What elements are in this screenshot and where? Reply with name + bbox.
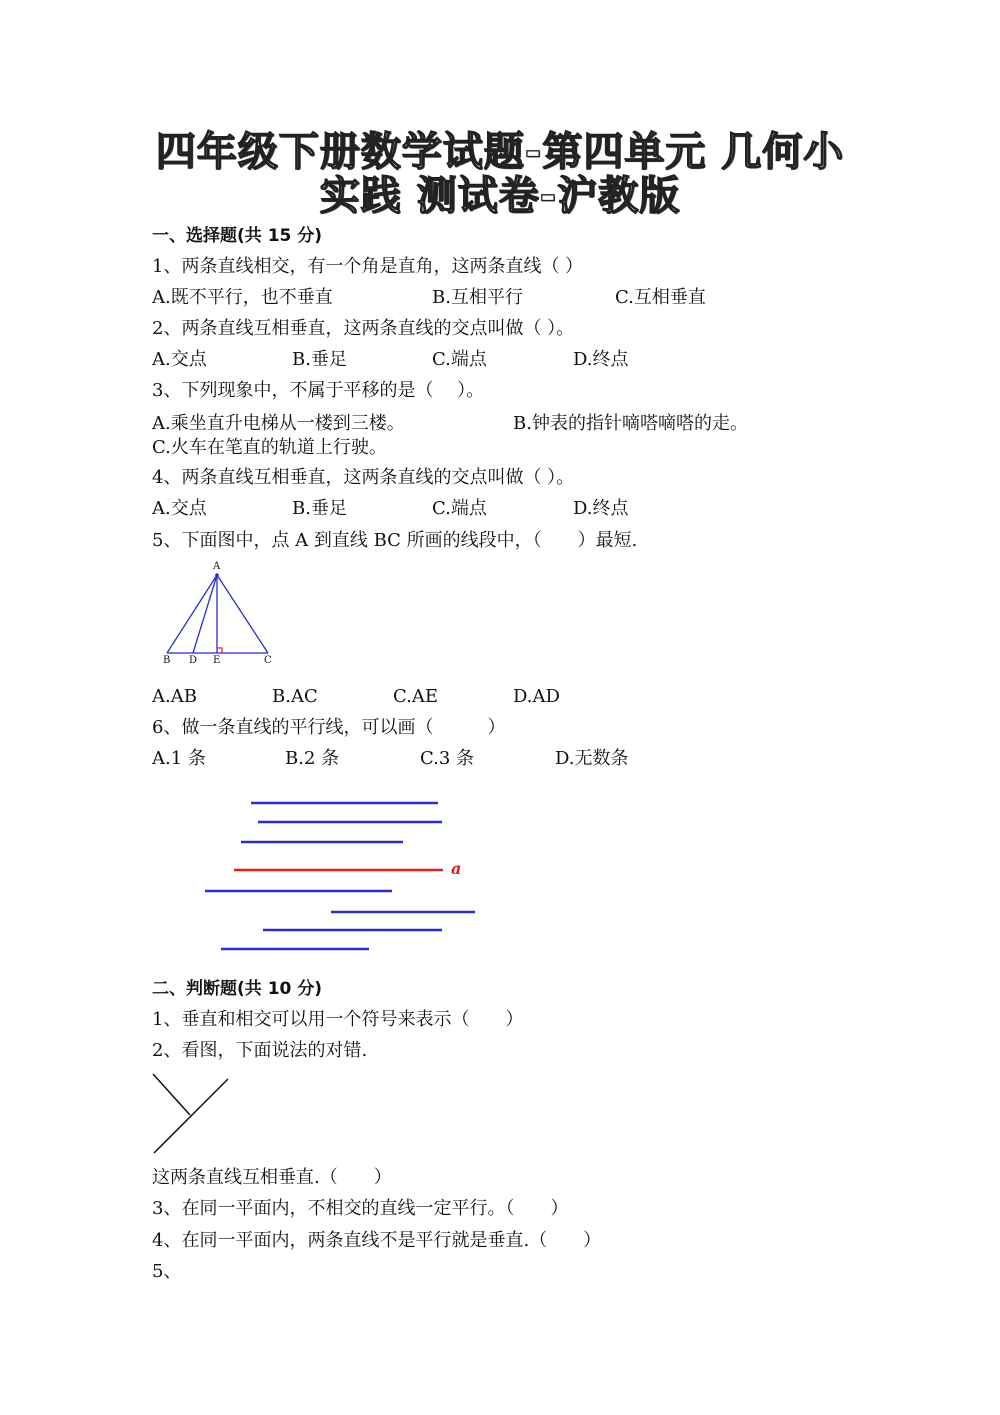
judgement-1: 1、垂直和相交可以用一个符号来表示（ ） <box>152 1009 523 1031</box>
page-title-line-2: 实践 测试卷-沪教版 <box>0 170 1000 222</box>
q5-option-a: A.AB <box>152 686 197 708</box>
judgement-2-statement: 这两条直线互相垂直.（ ） <box>152 1167 392 1189</box>
q4-option-c: C.端点 <box>432 498 487 520</box>
question-1: 1、两条直线相交，有一个角是直角，这两条直线（ ） <box>152 256 583 278</box>
section-heading-judgement: 二、判断题(共 10 分) <box>152 978 322 1000</box>
question-5: 5、下面图中，点 A 到直线 BC 所画的线段中，（ ）最短. <box>152 530 637 552</box>
q4-option-b: B.垂足 <box>292 498 347 520</box>
q3-option-c: C.火车在笔直的轨道上行驶。 <box>152 437 387 459</box>
q1-option-c: C.互相垂直 <box>615 287 706 309</box>
q2-option-b: B.垂足 <box>292 349 347 371</box>
q3-option-a: A.乘坐直升电梯从一楼到三楼。 <box>152 413 405 435</box>
parallel-line-label-a: a <box>451 858 461 880</box>
triangle-label-c: C <box>264 655 272 667</box>
triangle-label-e: E <box>213 655 220 667</box>
q2-option-a: A.交点 <box>152 349 207 371</box>
judgement-2: 2、看图，下面说法的对错. <box>152 1040 367 1062</box>
question-2: 2、两条直线互相垂直，这两条直线的交点叫做（ ）。 <box>152 318 574 340</box>
judgement-4: 4、在同一平面内，两条直线不是平行就是垂直.（ ） <box>152 1230 601 1252</box>
judgement-3: 3、在同一平面内，不相交的直线一定平行。（ ） <box>152 1198 568 1220</box>
question-3: 3、下列现象中，不属于平移的是（ ）。 <box>152 380 484 402</box>
q1-option-b: B.互相平行 <box>432 287 523 309</box>
q6-option-c: C.3 条 <box>420 748 474 770</box>
triangle-label-a: A <box>213 561 220 573</box>
q1-option-a: A.既不平行，也不垂直 <box>152 287 333 309</box>
q5-option-d: D.AD <box>513 686 560 708</box>
triangle-label-b: B <box>163 655 170 667</box>
q5-option-c: C.AE <box>393 686 438 708</box>
q6-option-a: A.1 条 <box>152 748 206 770</box>
q3-option-b: B.钟表的指针嘀嗒嘀嗒的走。 <box>513 413 748 435</box>
question-4: 4、两条直线互相垂直，这两条直线的交点叫做（ ）。 <box>152 467 574 489</box>
q6-option-d: D.无数条 <box>555 748 629 770</box>
q4-option-a: A.交点 <box>152 498 207 520</box>
q2-option-d: D.终点 <box>573 349 629 371</box>
q2-option-c: C.端点 <box>432 349 487 371</box>
question-6: 6、做一条直线的平行线，可以画（ ） <box>152 717 505 739</box>
judgement-5: 5、 <box>152 1261 181 1283</box>
q6-option-b: B.2 条 <box>285 748 339 770</box>
triangle-label-d: D <box>189 655 197 667</box>
q5-option-b: B.AC <box>272 686 318 708</box>
section-heading-choice: 一、选择题(共 15 分) <box>152 225 322 247</box>
q4-option-d: D.终点 <box>573 498 629 520</box>
